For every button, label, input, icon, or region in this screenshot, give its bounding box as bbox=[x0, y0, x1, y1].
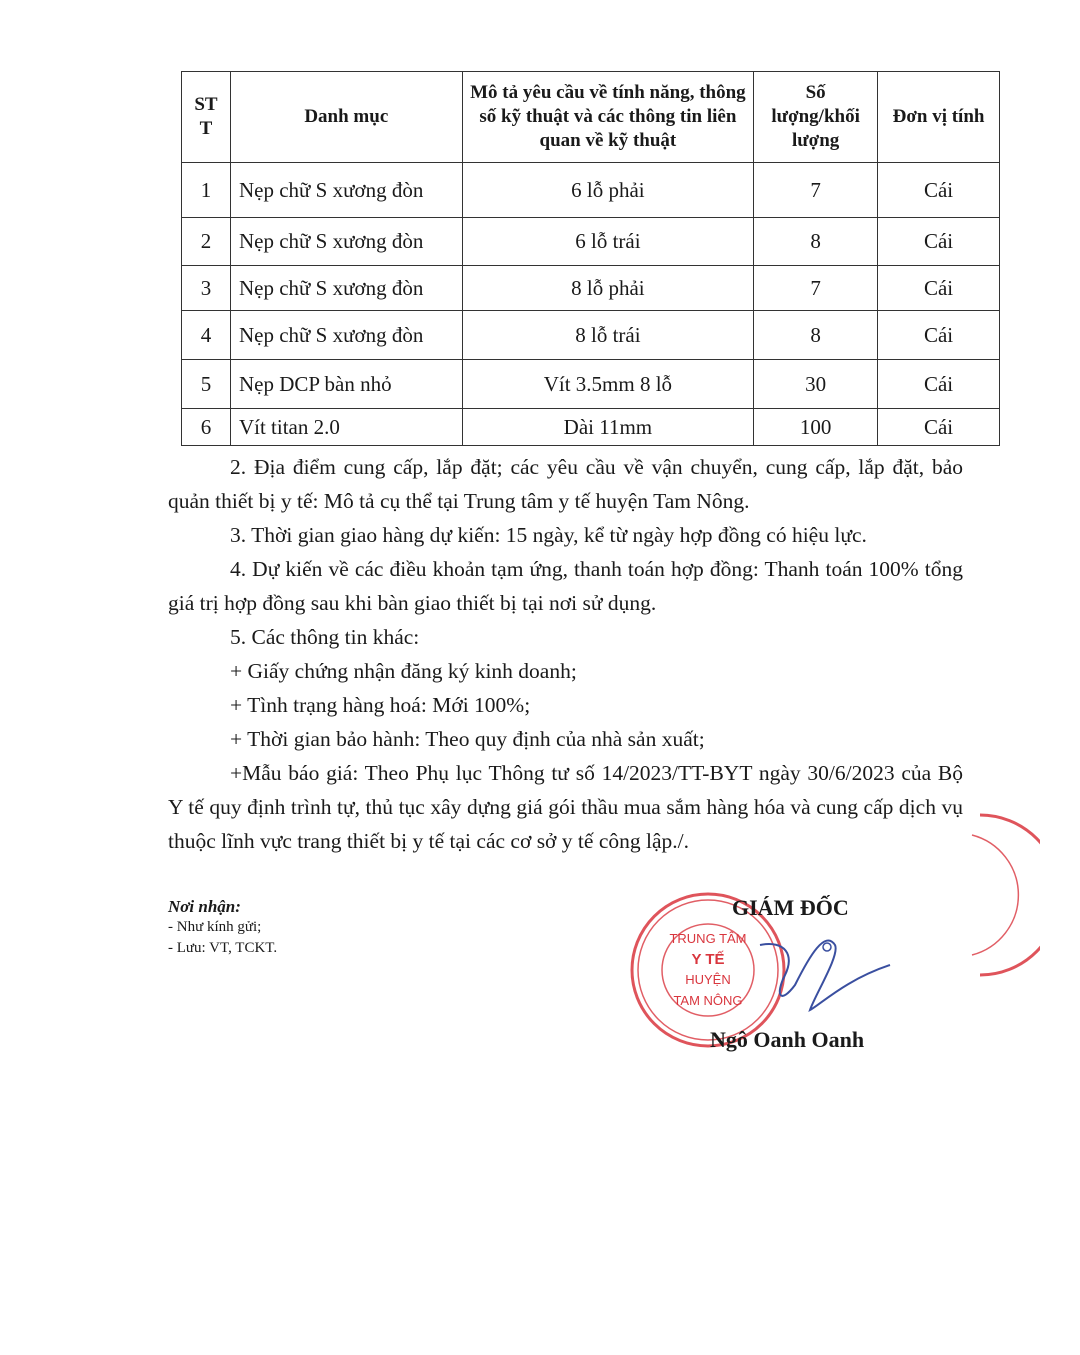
cell-stt: 2 bbox=[182, 218, 231, 266]
cell-stt: 1 bbox=[182, 163, 231, 218]
svg-text:Y TẾ: Y TẾ bbox=[691, 951, 724, 968]
cell-qty: 30 bbox=[754, 360, 878, 409]
recipient-item: - Như kính gửi; bbox=[168, 917, 277, 938]
header-qty: Số lượng/khối lượng bbox=[754, 72, 878, 163]
paragraph-delivery-time: 3. Thời gian giao hàng dự kiến: 15 ngày,… bbox=[168, 518, 963, 552]
cell-unit: Cái bbox=[878, 360, 1000, 409]
cell-unit: Cái bbox=[878, 218, 1000, 266]
cell-name: Vít titan 2.0 bbox=[230, 409, 462, 446]
table-row: 1 Nẹp chữ S xương đòn 6 lỗ phải 7 Cái bbox=[182, 163, 1000, 218]
recipient-item: - Lưu: VT, TCKT. bbox=[168, 938, 277, 959]
recipients-block: Nơi nhận: - Như kính gửi; - Lưu: VT, TCK… bbox=[168, 896, 277, 959]
cell-name: Nẹp DCP bàn nhỏ bbox=[230, 360, 462, 409]
items-table: ST T Danh mục Mô tả yêu cầu về tính năng… bbox=[181, 71, 1000, 446]
cell-name: Nẹp chữ S xương đòn bbox=[230, 266, 462, 311]
cell-name: Nẹp chữ S xương đòn bbox=[230, 218, 462, 266]
cell-stt: 3 bbox=[182, 266, 231, 311]
signature-icon bbox=[755, 925, 895, 1025]
table-row: 5 Nẹp DCP bàn nhỏ Vít 3.5mm 8 lỗ 30 Cái bbox=[182, 360, 1000, 409]
paragraph-other-info: 5. Các thông tin khác: bbox=[168, 620, 963, 654]
paragraph-delivery-location: 2. Địa điểm cung cấp, lắp đặt; các yêu c… bbox=[168, 450, 963, 518]
svg-text:TRUNG TÂM: TRUNG TÂM bbox=[669, 931, 746, 946]
cell-qty: 100 bbox=[754, 409, 878, 446]
cell-name: Nẹp chữ S xương đòn bbox=[230, 163, 462, 218]
svg-text:TAM NÔNG: TAM NÔNG bbox=[673, 993, 742, 1008]
table-header-row: ST T Danh mục Mô tả yêu cầu về tính năng… bbox=[182, 72, 1000, 163]
table-row: 3 Nẹp chữ S xương đòn 8 lỗ phải 7 Cái bbox=[182, 266, 1000, 311]
cell-unit: Cái bbox=[878, 311, 1000, 360]
body-section: 2. Địa điểm cung cấp, lắp đặt; các yêu c… bbox=[168, 450, 963, 858]
cell-desc: 6 lỗ phải bbox=[462, 163, 754, 218]
paragraph-payment-terms: 4. Dự kiến về các điều khoản tạm ứng, th… bbox=[168, 552, 963, 620]
signatory-title: GIÁM ĐỐC bbox=[732, 895, 849, 921]
cell-desc: 8 lỗ phải bbox=[462, 266, 754, 311]
cell-stt: 4 bbox=[182, 311, 231, 360]
bullet-business-license: + Giấy chứng nhận đăng ký kinh doanh; bbox=[168, 654, 963, 688]
bullet-goods-condition: + Tình trạng hàng hoá: Mới 100%; bbox=[168, 688, 963, 722]
cell-stt: 6 bbox=[182, 409, 231, 446]
cell-desc: Vít 3.5mm 8 lỗ bbox=[462, 360, 754, 409]
header-name: Danh mục bbox=[230, 72, 462, 163]
cell-unit: Cái bbox=[878, 409, 1000, 446]
header-unit: Đơn vị tính bbox=[878, 72, 1000, 163]
svg-text:HUYỆN: HUYỆN bbox=[685, 972, 731, 987]
cell-qty: 8 bbox=[754, 311, 878, 360]
header-desc: Mô tả yêu cầu về tính năng, thông số kỹ … bbox=[462, 72, 754, 163]
partial-stamp-icon bbox=[950, 810, 1040, 980]
cell-unit: Cái bbox=[878, 163, 1000, 218]
cell-desc: 6 lỗ trái bbox=[462, 218, 754, 266]
bullet-quote-template: +Mẫu báo giá: Theo Phụ lục Thông tư số 1… bbox=[168, 756, 963, 858]
cell-qty: 7 bbox=[754, 163, 878, 218]
header-stt: ST T bbox=[182, 72, 231, 163]
cell-name: Nẹp chữ S xương đòn bbox=[230, 311, 462, 360]
bullet-warranty: + Thời gian bảo hành: Theo quy định của … bbox=[168, 722, 963, 756]
recipients-label: Nơi nhận: bbox=[168, 896, 277, 917]
table-row: 4 Nẹp chữ S xương đòn 8 lỗ trái 8 Cái bbox=[182, 311, 1000, 360]
signatory-name: Ngô Oanh Oanh bbox=[710, 1027, 864, 1053]
cell-qty: 7 bbox=[754, 266, 878, 311]
cell-desc: Dài 11mm bbox=[462, 409, 754, 446]
cell-unit: Cái bbox=[878, 266, 1000, 311]
table-row: 2 Nẹp chữ S xương đòn 6 lỗ trái 8 Cái bbox=[182, 218, 1000, 266]
cell-stt: 5 bbox=[182, 360, 231, 409]
cell-desc: 8 lỗ trái bbox=[462, 311, 754, 360]
table-row: 6 Vít titan 2.0 Dài 11mm 100 Cái bbox=[182, 409, 1000, 446]
cell-qty: 8 bbox=[754, 218, 878, 266]
